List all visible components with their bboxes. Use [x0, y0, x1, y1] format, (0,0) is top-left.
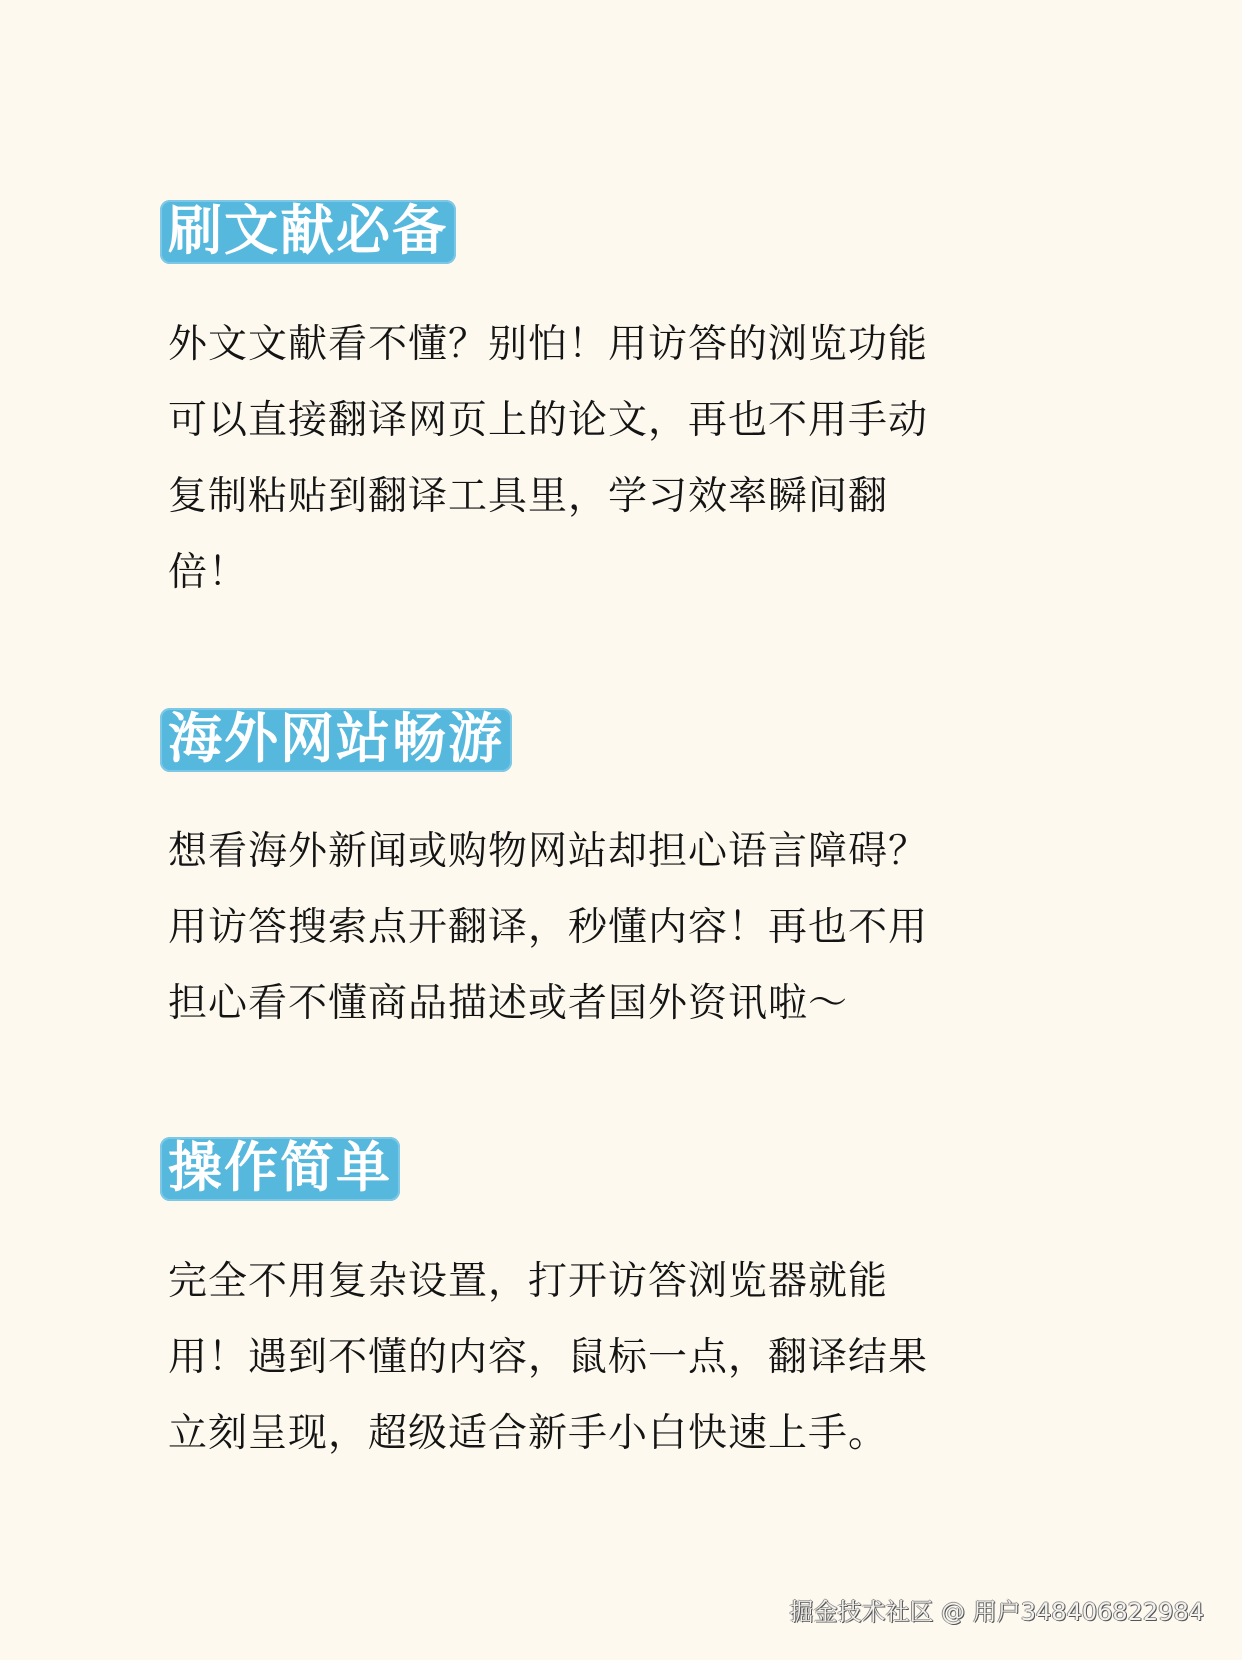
section-body: 完全不用复杂设置，打开访答浏览器就能 用！遇到不懂的内容，鼠标一点，翻译结果 立… — [168, 1244, 1048, 1472]
section-heading-badge: 刷文献必备 — [160, 200, 456, 264]
body-line: 倍！ — [168, 535, 1048, 611]
body-line: 外文文献看不懂？别怕！用访答的浏览功能 — [168, 307, 1048, 383]
body-line: 用访答搜索点开翻译，秒懂内容！再也不用 — [168, 890, 1048, 966]
watermark: 掘金技术社区 @ 用户348406822984 — [790, 1592, 1205, 1627]
body-line: 担心看不懂商品描述或者国外资讯啦～ — [168, 966, 1048, 1042]
section-heading-badge: 海外网站畅游 — [160, 708, 512, 772]
section-body: 想看海外新闻或购物网站却担心语言障碍？ 用访答搜索点开翻译，秒懂内容！再也不用 … — [168, 814, 1048, 1042]
body-line: 可以直接翻译网页上的论文，再也不用手动 — [168, 383, 1048, 459]
section-body: 外文文献看不懂？别怕！用访答的浏览功能 可以直接翻译网页上的论文，再也不用手动 … — [168, 307, 1048, 611]
body-line: 完全不用复杂设置，打开访答浏览器就能 — [168, 1244, 1048, 1320]
body-line: 想看海外新闻或购物网站却担心语言障碍？ — [168, 814, 1048, 890]
section-heading-badge: 操作简单 — [160, 1137, 400, 1201]
body-line: 立刻呈现，超级适合新手小白快速上手。 — [168, 1396, 1048, 1472]
body-line: 复制粘贴到翻译工具里，学习效率瞬间翻 — [168, 459, 1048, 535]
body-line: 用！遇到不懂的内容，鼠标一点，翻译结果 — [168, 1320, 1048, 1396]
